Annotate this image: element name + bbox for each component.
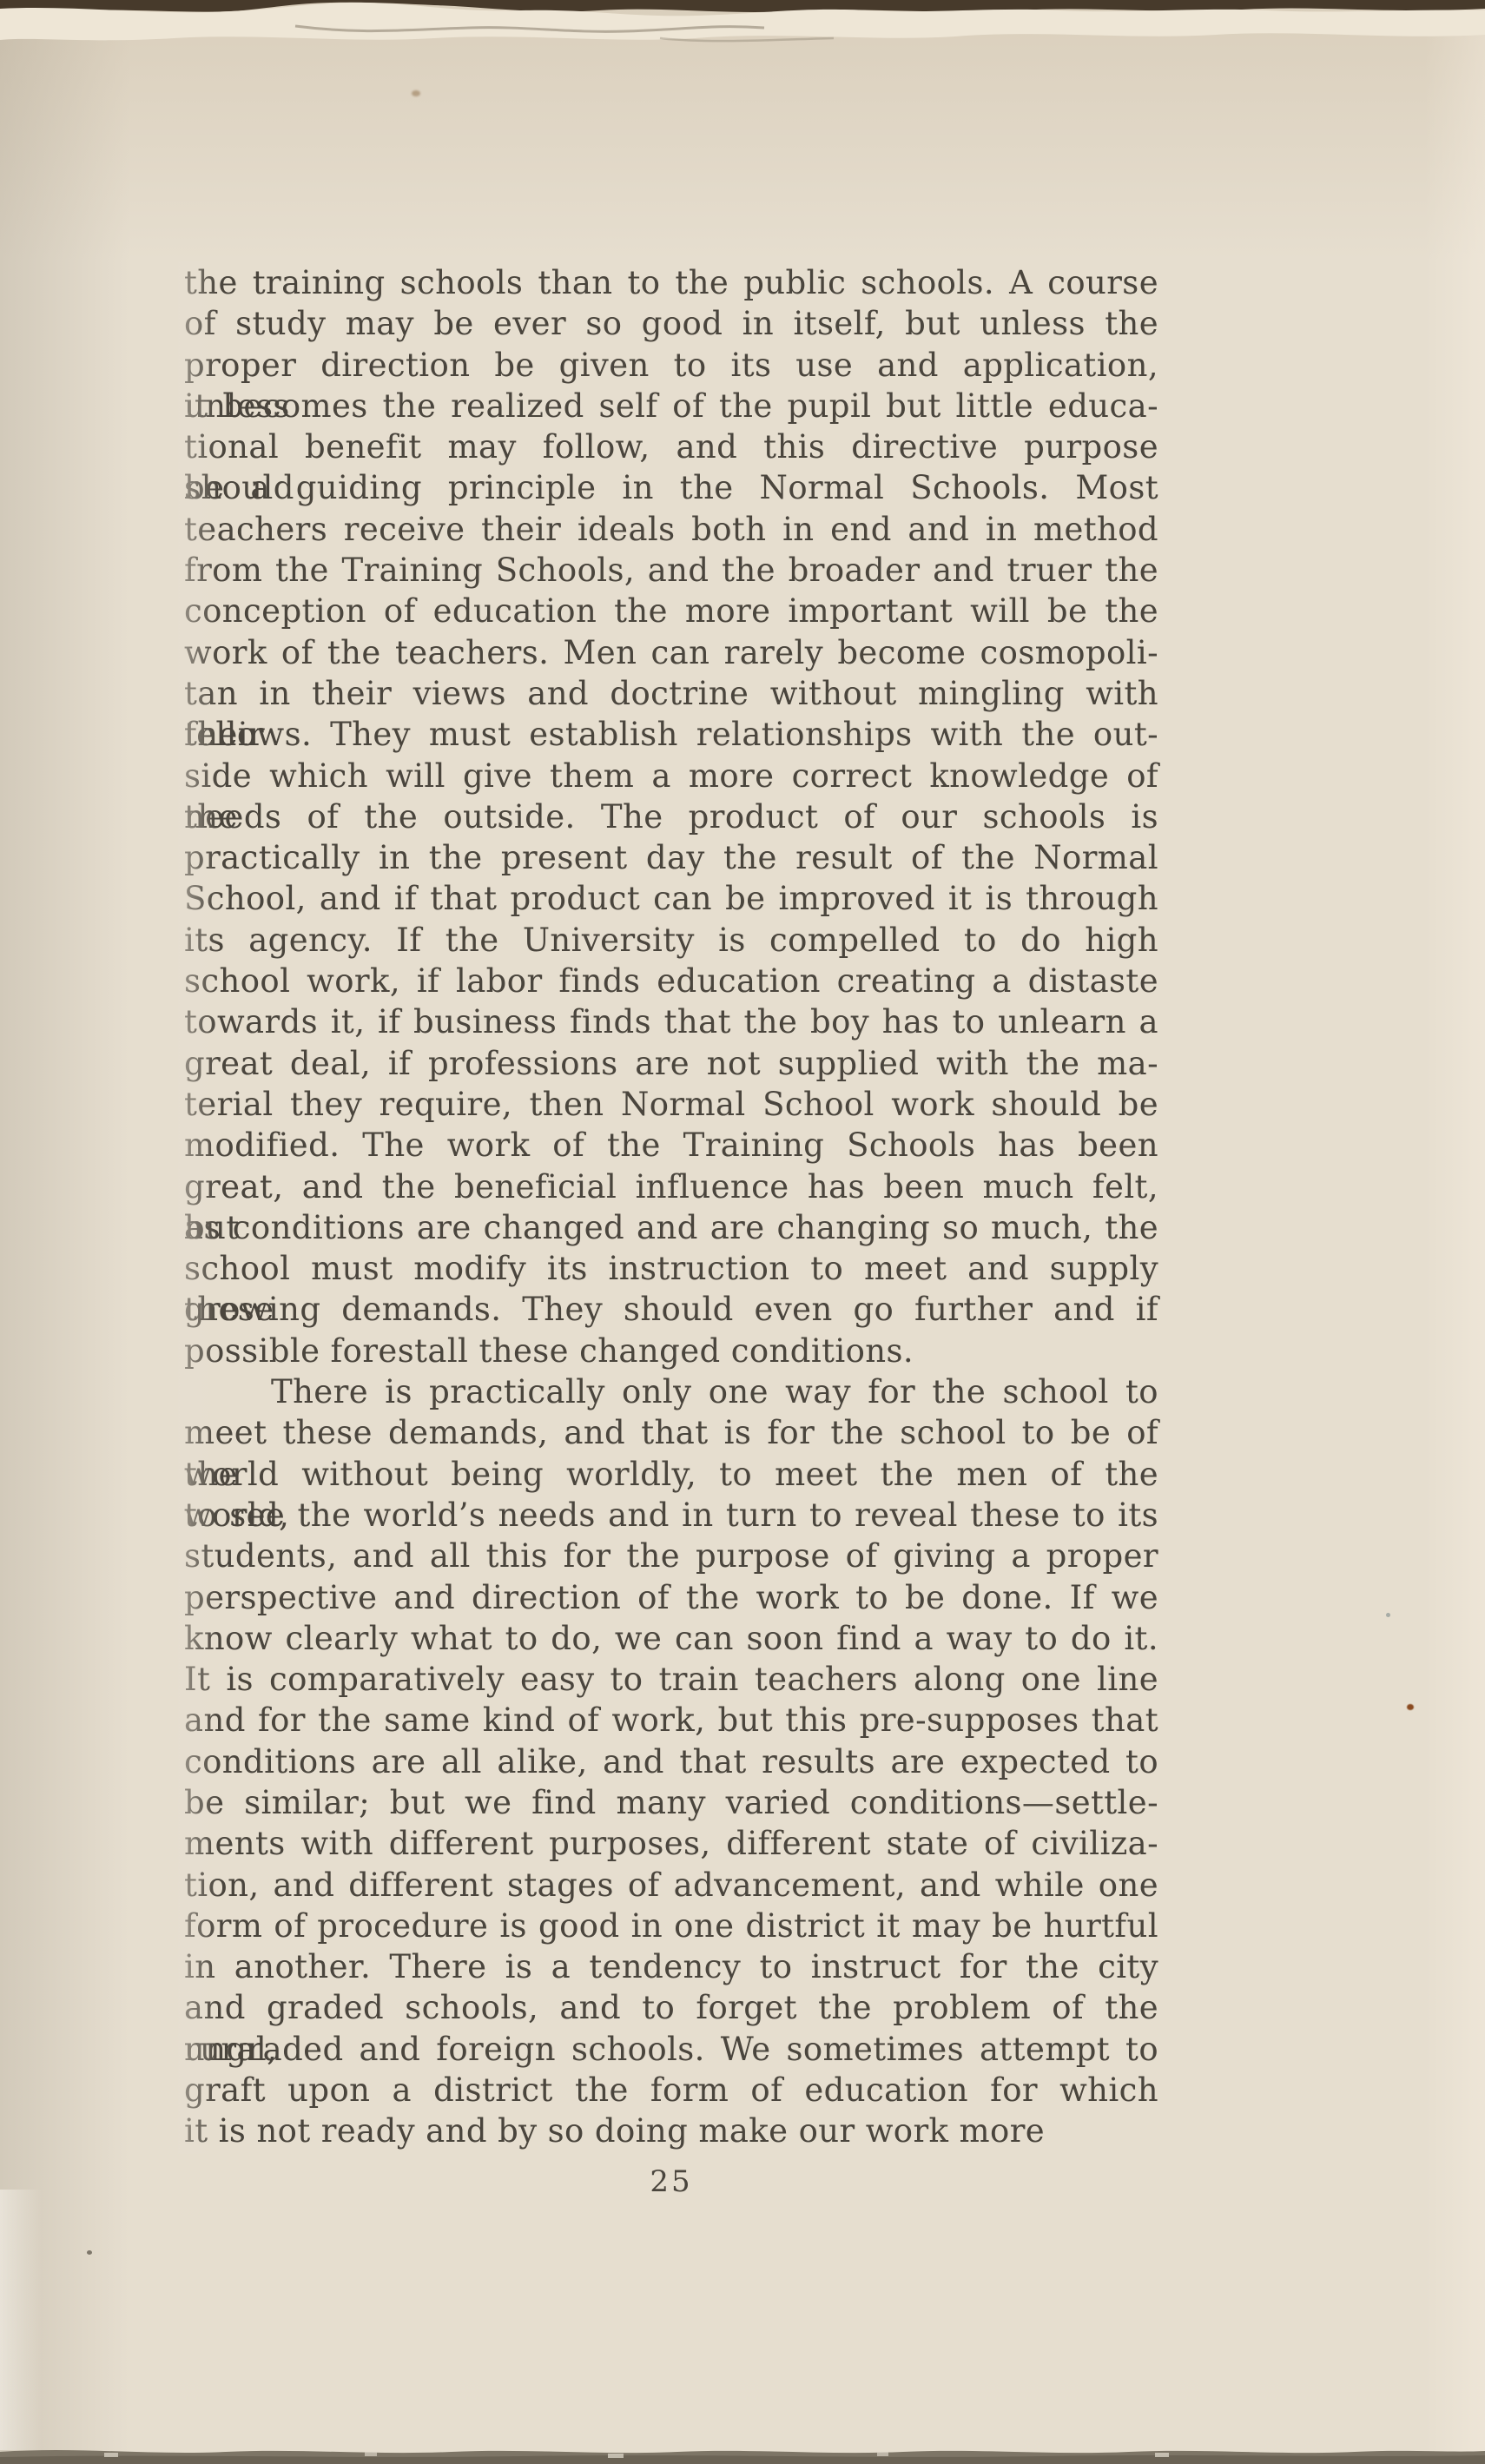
text-line: be similar; but we find many varied cond… — [184, 1782, 1158, 1823]
text-line: in another. There is a tendency to instr… — [184, 1946, 1158, 1987]
text-line: great, and the beneficial influence has … — [184, 1166, 1158, 1207]
text-line: needs of the outside. The product of our… — [184, 796, 1158, 837]
text-line: form of procedure is good in one distric… — [184, 1906, 1158, 1946]
page-text: the training schools than to the public … — [184, 262, 1158, 2152]
page-number: 25 — [184, 2164, 1158, 2199]
foxing-spot — [1407, 1704, 1414, 1710]
scanned-book-page: the training schools than to the public … — [0, 0, 1485, 2464]
foxing-spot — [87, 2250, 92, 2255]
text-line: growing demands. They should even go fur… — [184, 1289, 1158, 1330]
text-line: graft upon a district the form of educat… — [184, 2070, 1158, 2111]
deckle-edge-top — [0, 0, 1485, 49]
text-line: There is practically only one way for th… — [184, 1371, 1158, 1412]
text-line: teachers receive their ideals both in en… — [184, 509, 1158, 550]
text-line: of study may be ever so good in itself, … — [184, 303, 1158, 344]
foxing-spot — [1386, 1613, 1390, 1617]
text-line: possible forestall these changed conditi… — [184, 1331, 1158, 1371]
text-line: School, and if that product can be impro… — [184, 878, 1158, 919]
text-line: terial they require, then Normal School … — [184, 1084, 1158, 1125]
text-line: towards it, if business finds that the b… — [184, 1001, 1158, 1042]
text-line: It is comparatively easy to train teache… — [184, 1659, 1158, 1700]
text-line: fellows. They must establish relationshi… — [184, 714, 1158, 755]
text-line: as conditions are changed and are changi… — [184, 1207, 1158, 1248]
text-line: from the Training Schools, and the broad… — [184, 550, 1158, 591]
text-line: meet these demands, and that is for the … — [184, 1412, 1158, 1453]
deckle-edge-bottom — [0, 2441, 1485, 2464]
text-line: students, and all this for the purpose o… — [184, 1536, 1158, 1576]
text-line: modified. The work of the Training Schoo… — [184, 1125, 1158, 1166]
text-line: tion, and different stages of advancemen… — [184, 1865, 1158, 1906]
text-line: conception of education the more importa… — [184, 591, 1158, 631]
text-line: the training schools than to the public … — [184, 262, 1158, 303]
text-line: ments with different purposes, different… — [184, 1823, 1158, 1864]
text-line: tan in their views and doctrine without … — [184, 673, 1158, 714]
foxing-spot — [412, 90, 420, 96]
text-line: conditions are all alike, and that resul… — [184, 1741, 1158, 1782]
text-line: school work, if labor finds education cr… — [184, 961, 1158, 1001]
text-line: practically in the present day the resul… — [184, 837, 1158, 878]
text-line: it becomes the realized self of the pupi… — [184, 386, 1158, 426]
text-line: great deal, if professions are not suppl… — [184, 1043, 1158, 1084]
text-line: to see the world’s needs and in turn to … — [184, 1495, 1158, 1536]
text-line: world without being worldly, to meet the… — [184, 1454, 1158, 1495]
text-line: tional benefit may follow, and this dire… — [184, 426, 1158, 467]
text-line: ungraded and foreign schools. We sometim… — [184, 2029, 1158, 2070]
text-line: perspective and direction of the work to… — [184, 1577, 1158, 1618]
scan-shading-right — [1424, 0, 1485, 2464]
text-line: proper direction be given to its use and… — [184, 345, 1158, 386]
page-edge-highlight — [0, 2190, 42, 2450]
text-line: its agency. If the University is compell… — [184, 920, 1158, 961]
scan-shading-left — [0, 0, 130, 2464]
text-line: and for the same kind of work, but this … — [184, 1700, 1158, 1741]
text-line: side which will give them a more correct… — [184, 756, 1158, 796]
text-line: school must modify its instruction to me… — [184, 1248, 1158, 1289]
text-line: work of the teachers. Men can rarely bec… — [184, 632, 1158, 673]
text-line: be a guiding principle in the Normal Sch… — [184, 467, 1158, 508]
text-line: and graded schools, and to forget the pr… — [184, 1987, 1158, 2028]
text-line: know clearly what to do, we can soon fin… — [184, 1618, 1158, 1659]
text-line: it is not ready and by so doing make our… — [184, 2111, 1158, 2151]
